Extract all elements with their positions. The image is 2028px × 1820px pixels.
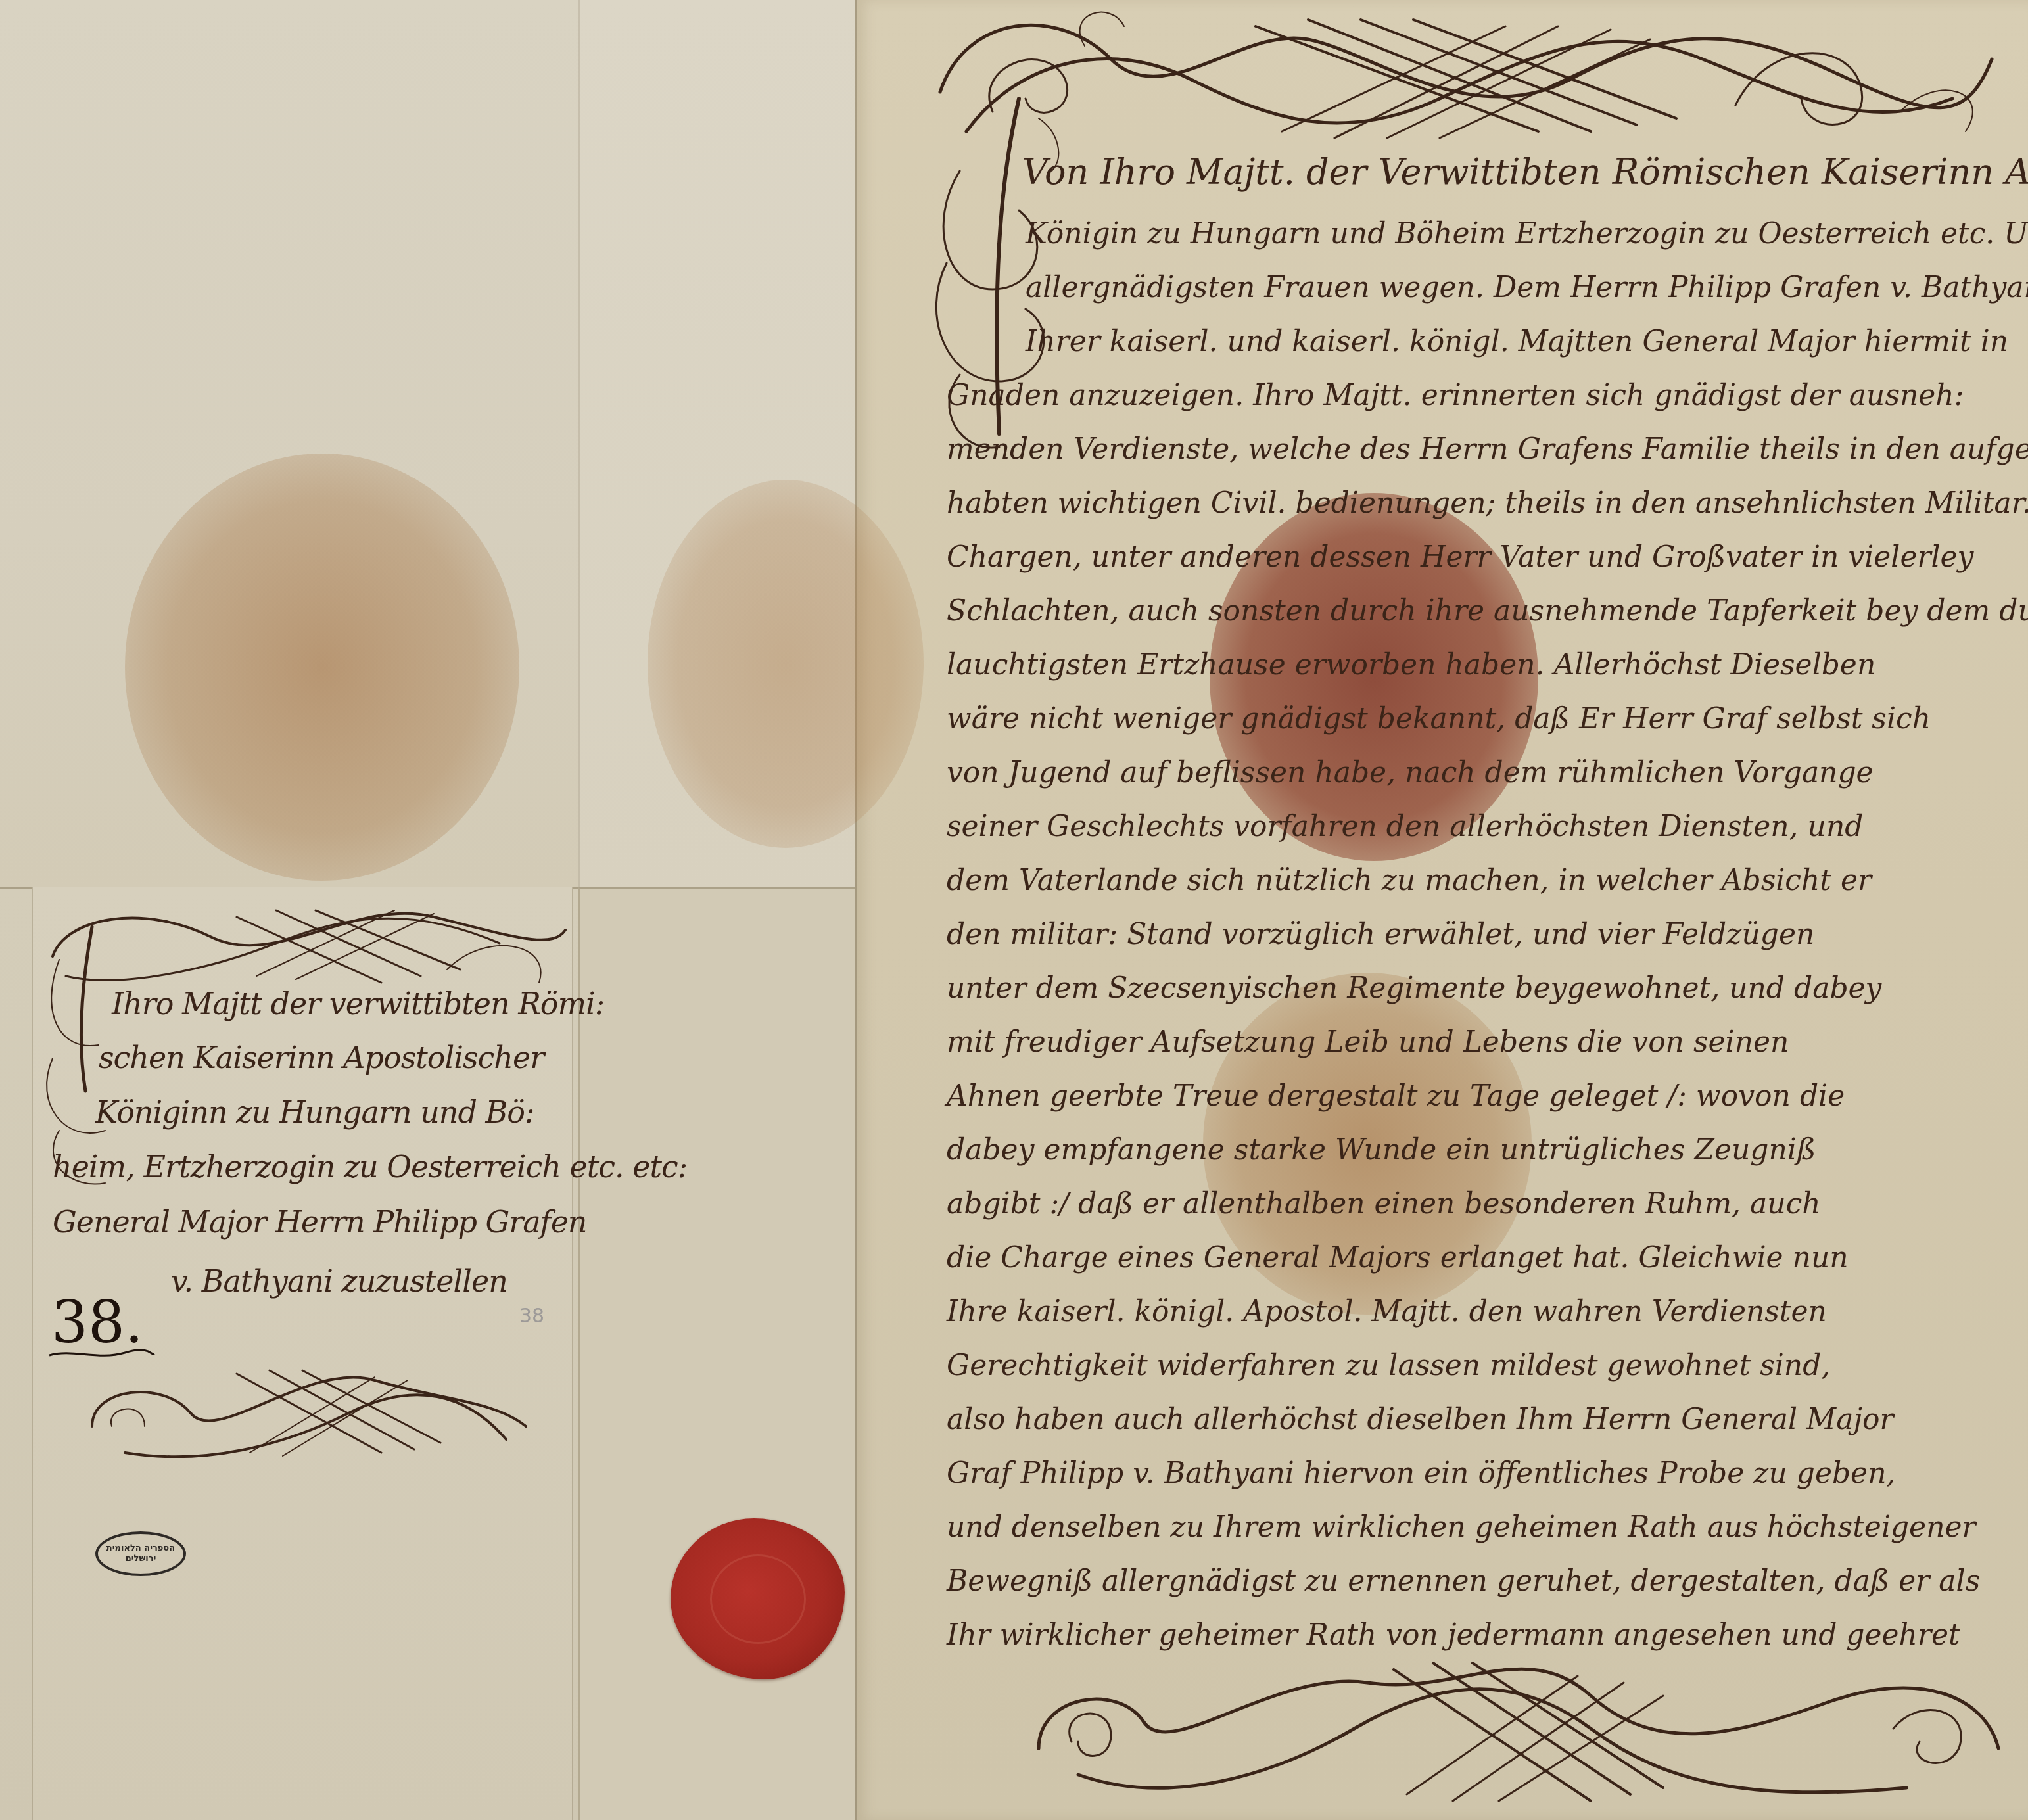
address-bottom-flourish (72, 1354, 546, 1472)
stamp-line-2: ירושלים (126, 1554, 156, 1564)
address-line-3: Königinn zu Hungarn und Bö: (95, 1094, 534, 1130)
address-line-6: v. Bathyani zuzustellen (171, 1263, 507, 1299)
letter-line-10: wäre nicht weniger gnädigst bekannt, daß… (947, 702, 1931, 735)
letter-line-12: seiner Geschlechts vorfahren den allerhö… (947, 810, 1863, 843)
address-line-2: schen Kaiserinn Apostolischer (99, 1040, 544, 1075)
letter-line-22: Gerechtigkeit widerfahren zu lassen mild… (947, 1349, 1830, 1382)
letter-line-14: den militar: Stand vorzüglich erwählet, … (947, 918, 1814, 951)
letter-line-11: von Jugend auf beflissen habe, nach dem … (947, 756, 1874, 789)
left-stain-faint (648, 480, 924, 848)
top-calligraphic-flourish (914, 0, 2028, 171)
letter-line-2: allergnädigsten Frauen wegen. Dem Herrn … (1026, 271, 2028, 304)
left-page-lower-fold-panel (578, 887, 857, 1820)
pencil-folio-number: 38 (519, 1305, 544, 1328)
letter-line-16: mit freudiger Aufsetzung Leib und Lebens… (947, 1025, 1789, 1059)
bottom-calligraphic-flourish (999, 1643, 2025, 1814)
library-ownership-stamp: הספריה הלאומית ירושלים (95, 1531, 186, 1576)
letter-line-24: Graf Philipp v. Bathyani hiervon ein öff… (947, 1457, 1895, 1490)
address-line-1: Ihro Majtt der verwittibten Römi: (112, 986, 604, 1021)
letter-line-5: menden Verdienste, welche des Herrn Graf… (947, 432, 2028, 466)
letter-line-7: Chargen, unter anderen dessen Herr Vater… (947, 540, 1973, 574)
letter-line-17: Ahnen geerbte Treue dergestalt zu Tage g… (947, 1079, 1845, 1113)
stamp-line-1: הספריה הלאומית (106, 1543, 175, 1554)
letter-line-3: Ihrer kaiserl. und kaiserl. königl. Majt… (1026, 325, 2008, 358)
letter-line-21: Ihre kaiserl. königl. Apostol. Majtt. de… (947, 1295, 1827, 1328)
letter-line-23: also haben auch allerhöchst dieselben Ih… (947, 1403, 1894, 1436)
letter-line-15: unter dem Szecsenyischen Regimente beyge… (947, 971, 1881, 1005)
letter-line-20: die Charge eines General Majors erlanget… (947, 1241, 1849, 1274)
letter-line-8: Schlachten, auch sonsten durch ihre ausn… (947, 594, 2028, 628)
letter-line-25: und denselben zu Ihrem wirklichen geheim… (947, 1510, 1976, 1544)
address-line-4: heim, Ertzherzogin zu Oesterreich etc. e… (53, 1149, 687, 1184)
folio-number: 38. (51, 1288, 143, 1356)
letter-line-13: dem Vaterlande sich nützlich zu machen, … (947, 864, 1872, 897)
folio-underline-flourish (46, 1347, 158, 1361)
letter-heading: Von Ihro Majtt. der Verwittibten Römisch… (1022, 151, 2028, 193)
letter-line-27: Ihr wirklicher geheimer Rath von jederma… (947, 1618, 1960, 1652)
letter-line-18: dabey empfangene starke Wunde ein untrüg… (947, 1133, 1816, 1167)
letter-line-9: lauchtigsten Ertzhause erworben haben. A… (947, 648, 1875, 682)
letter-line-1: Königin zu Hungarn und Böheim Ertzherzog… (1026, 217, 2028, 250)
letter-line-4: Gnaden anzuzeigen. Ihro Majtt. erinnerte… (947, 379, 1964, 412)
letter-line-26: Bewegniß allergnädigst zu ernennen geruh… (947, 1564, 1980, 1598)
address-line-5: General Major Herrn Philipp Grafen (53, 1204, 587, 1240)
left-stain-large (125, 454, 519, 881)
letter-line-6: habten wichtigen Civil. bedienungen; the… (947, 486, 2028, 520)
letter-line-19: abgibt :/ daß er allenthalben einen beso… (947, 1187, 1821, 1221)
